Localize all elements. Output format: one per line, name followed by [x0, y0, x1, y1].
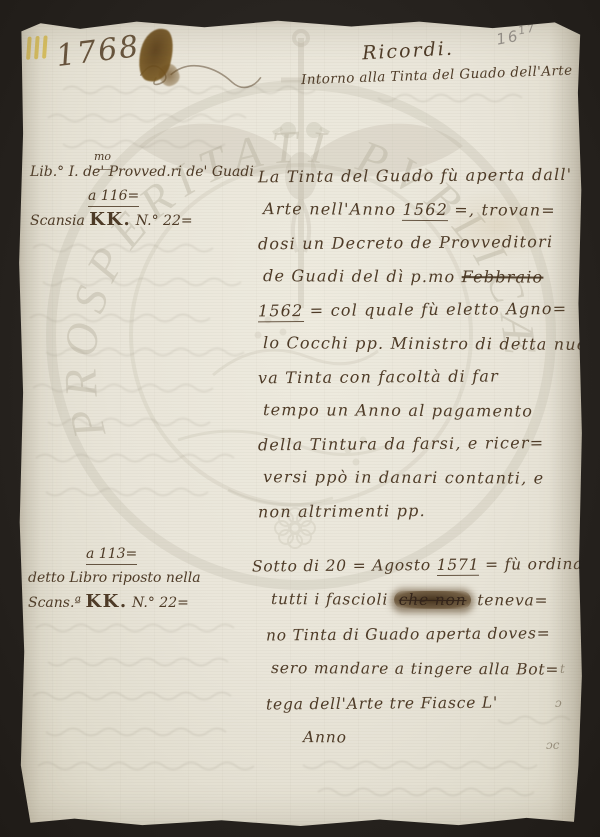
line-segment: teneva= [471, 591, 548, 609]
margin-reference: a 113= [86, 545, 137, 565]
manuscript-line: versi ppò in danari contanti, e [263, 467, 600, 502]
folio-number-pencil: 1617 [494, 21, 538, 48]
underlined-year: 1571 [437, 556, 480, 576]
line-segment: Scans.ª [28, 595, 86, 611]
line-segment: de Guadi del dì p.mo [263, 266, 462, 286]
line-segment: =, trovan= [448, 200, 556, 220]
manuscript-line: dosi un Decreto de Provveditori [258, 232, 597, 268]
line-segment: N.° 22= [131, 213, 192, 229]
margin-note-1: mo Lib.° I. de' Provved.ri de' Guadi a 1… [30, 160, 270, 233]
page-subtitle: Intorno alla Tinta del Guado dell'Arte [301, 62, 593, 88]
paragraph-1: La Tinta del Guado fù aperta dall' Arte … [258, 166, 597, 535]
line-segment: tutti i fascioli [271, 590, 394, 609]
manuscript-line: de Guadi del dì p.mo Febbraio [263, 266, 600, 301]
manuscript-line: no Tinta di Guado aperta doves= [266, 624, 600, 661]
folio-number-sup: 17 [517, 21, 537, 37]
margin-note-line: Scansia KK. N.° 22= [30, 208, 270, 233]
shelf-mark-kk: KK. [89, 209, 131, 230]
underlined-year: 1562 [258, 301, 304, 322]
superscript-mo: mo [94, 145, 111, 170]
manuscript-line: Sotto di 20 = Agosto 1571 = fù ordinato … [252, 554, 600, 592]
edge-mark: t [560, 662, 565, 676]
manuscript-line: La Tinta del Guado fù aperta dall' [258, 165, 597, 201]
manuscript-line: sero mandare a tingere alla Bot= [271, 659, 600, 695]
ink-blotted-words: che non [394, 590, 472, 608]
folio-number: 16 [495, 27, 521, 49]
year-annotation: 1768 [54, 29, 142, 74]
margin-note-2: a 113= detto Libro riposto nella Scans.ª… [28, 542, 268, 615]
margin-note-line: Lib.° I. de' Provved.ri de' Guadi [30, 160, 270, 184]
edge-mark: ɔ [555, 696, 562, 710]
paragraph-2: Sotto di 20 = Agosto 1571 = fù ordinato … [252, 556, 600, 763]
margin-reference: a 116= [88, 187, 139, 207]
line-segment: Sotto di 20 = Agosto [252, 556, 437, 575]
line-segment: = fù ordinato che [479, 554, 600, 573]
photo-background: PROSPERITATI PVBLICÆ [0, 0, 600, 837]
underlined-year: 1562 [402, 199, 448, 220]
line-segment: N.° 22= [128, 595, 189, 611]
margin-note-line: detto Libro riposto nella [28, 566, 268, 590]
edge-mark: ɔc [546, 738, 559, 752]
manuscript-line: tutti i fascioli che non teneva= [271, 590, 600, 626]
manuscript-line: tempo un Anno al pagamento [263, 400, 600, 435]
page-title: Ricordi. [318, 35, 499, 66]
manuscript-line: va Tinta con facoltà di far [258, 366, 597, 402]
line-segment: Arte nell'Anno [263, 199, 403, 219]
manuscript-line: 1562 = col quale fù eletto Agno= [258, 299, 597, 335]
manuscript-line: non altrimenti pp. [258, 500, 597, 536]
manuscript-line: lo Cocchi pp. Ministro di detta nuo= [263, 333, 600, 368]
margin-note-line: Scans.ª KK. N.° 22= [28, 590, 268, 615]
manuscript-line: della Tintura da farsi, e ricer= [258, 433, 597, 469]
shelf-mark-kk: KK. [86, 591, 128, 612]
struck-word: Febbraio [462, 267, 544, 286]
manuscript-line: tega dell'Arte tre Fiasce L' [266, 693, 600, 730]
manuscript-line: Arte nell'Anno 1562 =, trovan= [263, 199, 600, 234]
manuscript-page: PROSPERITATI PVBLICÆ [18, 20, 583, 830]
archival-mark-iii [26, 35, 52, 64]
line-segment: = col quale fù eletto Agno= [303, 299, 567, 320]
line-segment: Scansia [30, 213, 89, 229]
